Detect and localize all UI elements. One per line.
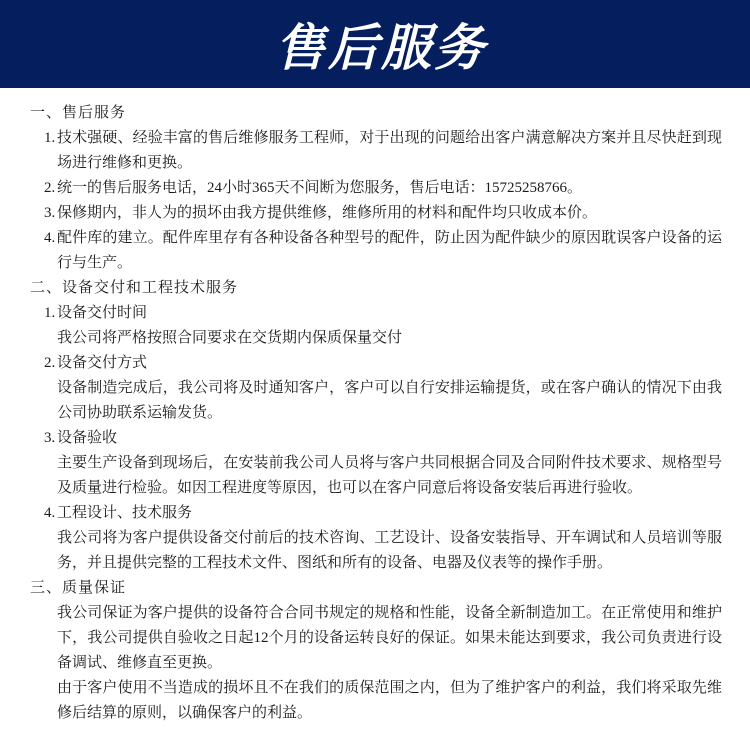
item-number: 2.: [44, 351, 55, 376]
item-title: 设备交付时间: [57, 305, 147, 321]
paragraph: 我公司保证为客户提供的设备符合合同书规定的规格和性能，设备全新制造加工。在正常使…: [30, 601, 722, 676]
paragraph: 主要生产设备到现场后，在安装前我公司人员将与客户共同根据合同及合同附件技术要求、…: [30, 451, 722, 501]
list-item: 1. 技术强硬、经验丰富的售后维修服务工程师，对于出现的问题给出客户满意解决方案…: [30, 126, 722, 176]
list-item: 4. 工程设计、技术服务: [30, 501, 722, 526]
item-number: 3.: [44, 426, 55, 451]
list-item: 2. 统一的售后服务电话，24小时365天不间断为您服务，售后电话：157252…: [30, 176, 722, 201]
item-number: 1.: [44, 301, 55, 326]
paragraph: 我公司将为客户提供设备交付前后的技术咨询、工艺设计、设备安装指导、开车调试和人员…: [30, 526, 722, 576]
item-text: 配件库的建立。配件库里存有各种设备各种型号的配件，防止因为配件缺少的原因耽误客户…: [57, 230, 722, 271]
header-banner: 售后服务: [0, 0, 750, 88]
page-title: 售后服务: [275, 8, 487, 80]
item-title: 工程设计、技术服务: [57, 505, 192, 521]
list-item: 3. 设备验收: [30, 426, 722, 451]
item-number: 4.: [44, 226, 55, 251]
list-item: 3. 保修期内，非人为的损坏由我方提供维修，维修所用的材料和配件均只收成本价。: [30, 201, 722, 226]
item-number: 4.: [44, 501, 55, 526]
list-item: 1. 设备交付时间: [30, 301, 722, 326]
section-heading-quality: 三、质量保证: [30, 576, 722, 601]
paragraph: 设备制造完成后，我公司将及时通知客户，客户可以自行安排运输提货，或在客户确认的情…: [30, 376, 722, 426]
item-text: 保修期内，非人为的损坏由我方提供维修，维修所用的材料和配件均只收成本价。: [57, 205, 597, 221]
item-title: 设备验收: [57, 430, 117, 446]
item-text-with-phone: 统一的售后服务电话，24小时365天不间断为您服务，售后电话：157252587…: [57, 180, 582, 196]
document-body: 一、售后服务 1. 技术强硬、经验丰富的售后维修服务工程师，对于出现的问题给出客…: [0, 88, 750, 726]
list-item: 2. 设备交付方式: [30, 351, 722, 376]
section-heading-delivery: 二、设备交付和工程技术服务: [30, 276, 722, 301]
paragraph: 我公司将严格按照合同要求在交货期内保质保量交付: [30, 326, 722, 351]
item-number: 1.: [44, 126, 55, 151]
item-title: 设备交付方式: [57, 355, 147, 371]
item-number: 2.: [44, 176, 55, 201]
paragraph: 由于客户使用不当造成的损坏且不在我们的质保范围之内，但为了维护客户的利益，我们将…: [30, 676, 722, 726]
list-item: 4. 配件库的建立。配件库里存有各种设备各种型号的配件，防止因为配件缺少的原因耽…: [30, 226, 722, 276]
section-heading-aftersales: 一、售后服务: [30, 101, 722, 126]
item-number: 3.: [44, 201, 55, 226]
item-text: 技术强硬、经验丰富的售后维修服务工程师，对于出现的问题给出客户满意解决方案并且尽…: [57, 130, 722, 171]
